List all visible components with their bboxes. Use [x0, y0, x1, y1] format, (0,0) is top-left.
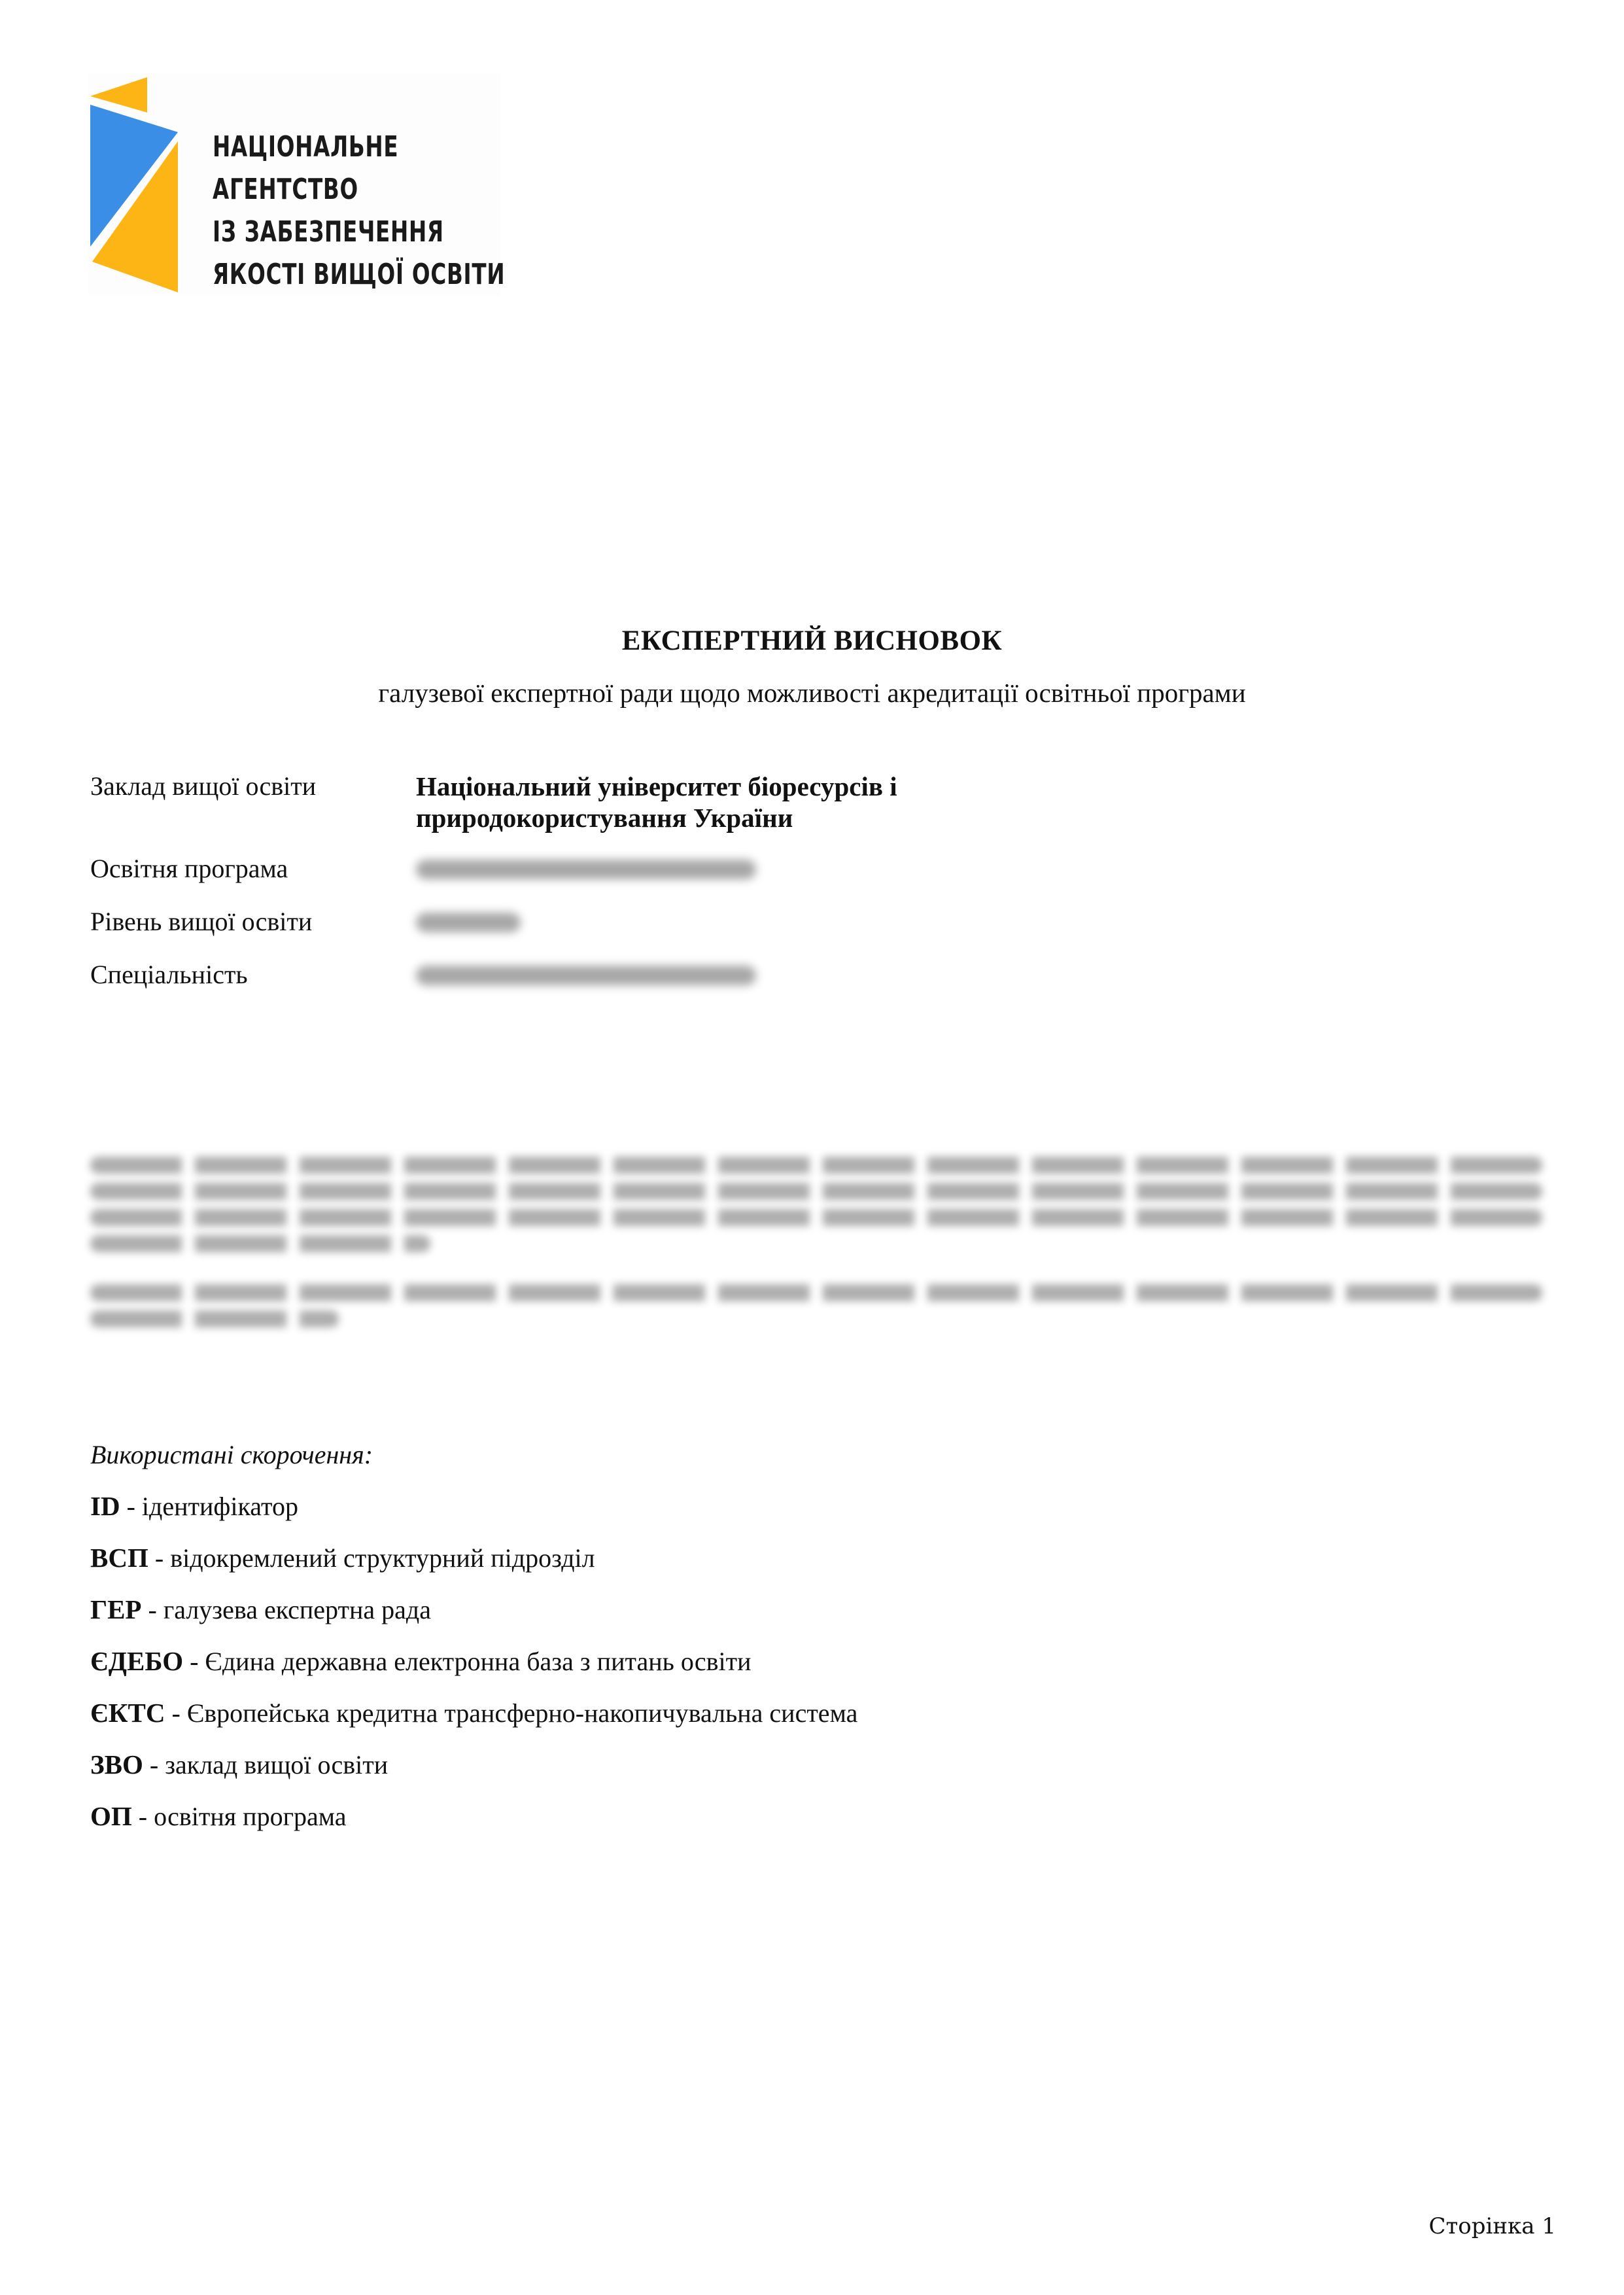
- redacted-line: [90, 1183, 1542, 1200]
- level-label: Рівень вищої освіти: [90, 906, 416, 937]
- abbreviation-definition: заклад вищої освіти: [165, 1750, 388, 1779]
- abbreviation-separator: -: [141, 1595, 163, 1624]
- abbreviation-term: ID: [90, 1491, 120, 1521]
- logo-mark-icon: [88, 73, 186, 296]
- abbreviation-definition: галузева експертна рада: [164, 1595, 431, 1624]
- specialty-label: Спеціальність: [90, 959, 416, 990]
- abbreviation-term: ОП: [90, 1801, 132, 1831]
- abbreviation-separator: -: [148, 1543, 170, 1573]
- info-row-specialty: Спеціальність: [90, 959, 1529, 1012]
- logo-text: НАЦІОНАЛЬНЕ АГЕНТСТВО ІЗ ЗАБЕЗПЕЧЕННЯ ЯК…: [213, 126, 426, 296]
- abbreviation-item: ЗВО - заклад вищої освіти: [90, 1749, 857, 1800]
- abbreviation-separator: -: [165, 1698, 187, 1728]
- institution-value: Національний університет біоресурсів і п…: [416, 771, 897, 833]
- level-value: [416, 906, 521, 939]
- redacted-line: [90, 1157, 1542, 1174]
- abbreviation-term: ЄДЕБО: [90, 1646, 183, 1676]
- logo-line: НАЦІОНАЛЬНЕ: [213, 126, 426, 168]
- abbreviation-item: ЄДЕБО - Єдина державна електронна база з…: [90, 1645, 857, 1697]
- abbreviation-term: ЗВО: [90, 1749, 143, 1779]
- abbreviation-separator: -: [132, 1802, 154, 1831]
- program-label: Освітня програма: [90, 853, 416, 885]
- redacted-line: [90, 1235, 430, 1252]
- info-row-program: Освітня програма: [90, 853, 1529, 906]
- abbreviation-term: ВСП: [90, 1543, 148, 1573]
- redacted-line: [90, 1284, 1542, 1301]
- logo-line: ЯКОСТІ ВИЩОЇ ОСВІТИ: [213, 253, 426, 296]
- abbreviation-term: ГЕР: [90, 1594, 141, 1624]
- institution-label: Заклад вищої освіти: [90, 771, 416, 802]
- intro-paragraph-redacted: [90, 1157, 1542, 1261]
- abbreviation-definition: відокремлений структурний підрозділ: [170, 1543, 595, 1573]
- program-info-table: Заклад вищої освіти Національний універс…: [90, 771, 1529, 1012]
- abbreviation-item: ГЕР - галузева експертна рада: [90, 1594, 857, 1645]
- page-number: Сторінка 1: [1428, 2213, 1556, 2239]
- intro-paragraph-redacted: [90, 1284, 1542, 1337]
- abbreviation-definition: Європейська кредитна трансферно-накопичу…: [187, 1698, 858, 1728]
- institution-value-line: природокористування України: [416, 802, 897, 833]
- abbreviation-term: ЄКТС: [90, 1698, 165, 1728]
- specialty-value: [416, 959, 756, 992]
- abbreviation-item: ВСП - відокремлений структурний підрозді…: [90, 1542, 857, 1594]
- redacted-text: [416, 966, 756, 985]
- abbreviation-separator: -: [143, 1750, 165, 1779]
- abbreviation-definition: освітня програма: [154, 1802, 346, 1831]
- abbreviation-item: ID - ідентифікатор: [90, 1490, 857, 1542]
- redacted-text: [416, 913, 521, 932]
- abbreviation-separator: -: [183, 1647, 205, 1676]
- info-row-institution: Заклад вищої освіти Національний універс…: [90, 771, 1529, 853]
- abbreviation-definition: Єдина державна електронна база з питань …: [205, 1647, 751, 1676]
- institution-value-line: Національний університет біоресурсів і: [416, 771, 897, 802]
- redacted-line: [90, 1310, 339, 1327]
- abbreviation-separator: -: [120, 1492, 142, 1521]
- redacted-text: [416, 860, 756, 879]
- logo-line: ІЗ ЗАБЕЗПЕЧЕННЯ: [213, 211, 426, 253]
- logo-line: АГЕНТСТВО: [213, 168, 426, 211]
- abbreviations-list: ID - ідентифікатор ВСП - відокремлений с…: [90, 1490, 857, 1852]
- document-subtitle: галузевої експертної ради щодо можливост…: [0, 677, 1624, 709]
- agency-logo: НАЦІОНАЛЬНЕ АГЕНТСТВО ІЗ ЗАБЕЗПЕЧЕННЯ ЯК…: [88, 73, 500, 296]
- abbreviation-item: ОП - освітня програма: [90, 1800, 857, 1852]
- program-value: [416, 853, 756, 886]
- abbreviation-definition: ідентифікатор: [142, 1492, 298, 1521]
- abbreviations-heading: Використані скорочення:: [90, 1439, 373, 1470]
- abbreviation-item: ЄКТС - Європейська кредитна трансферно-н…: [90, 1697, 857, 1749]
- redacted-line: [90, 1209, 1542, 1226]
- document-title: ЕКСПЕРТНИЙ ВИСНОВОК: [0, 625, 1624, 657]
- info-row-level: Рівень вищої освіти: [90, 906, 1529, 959]
- logo-top-triangle: [90, 77, 147, 113]
